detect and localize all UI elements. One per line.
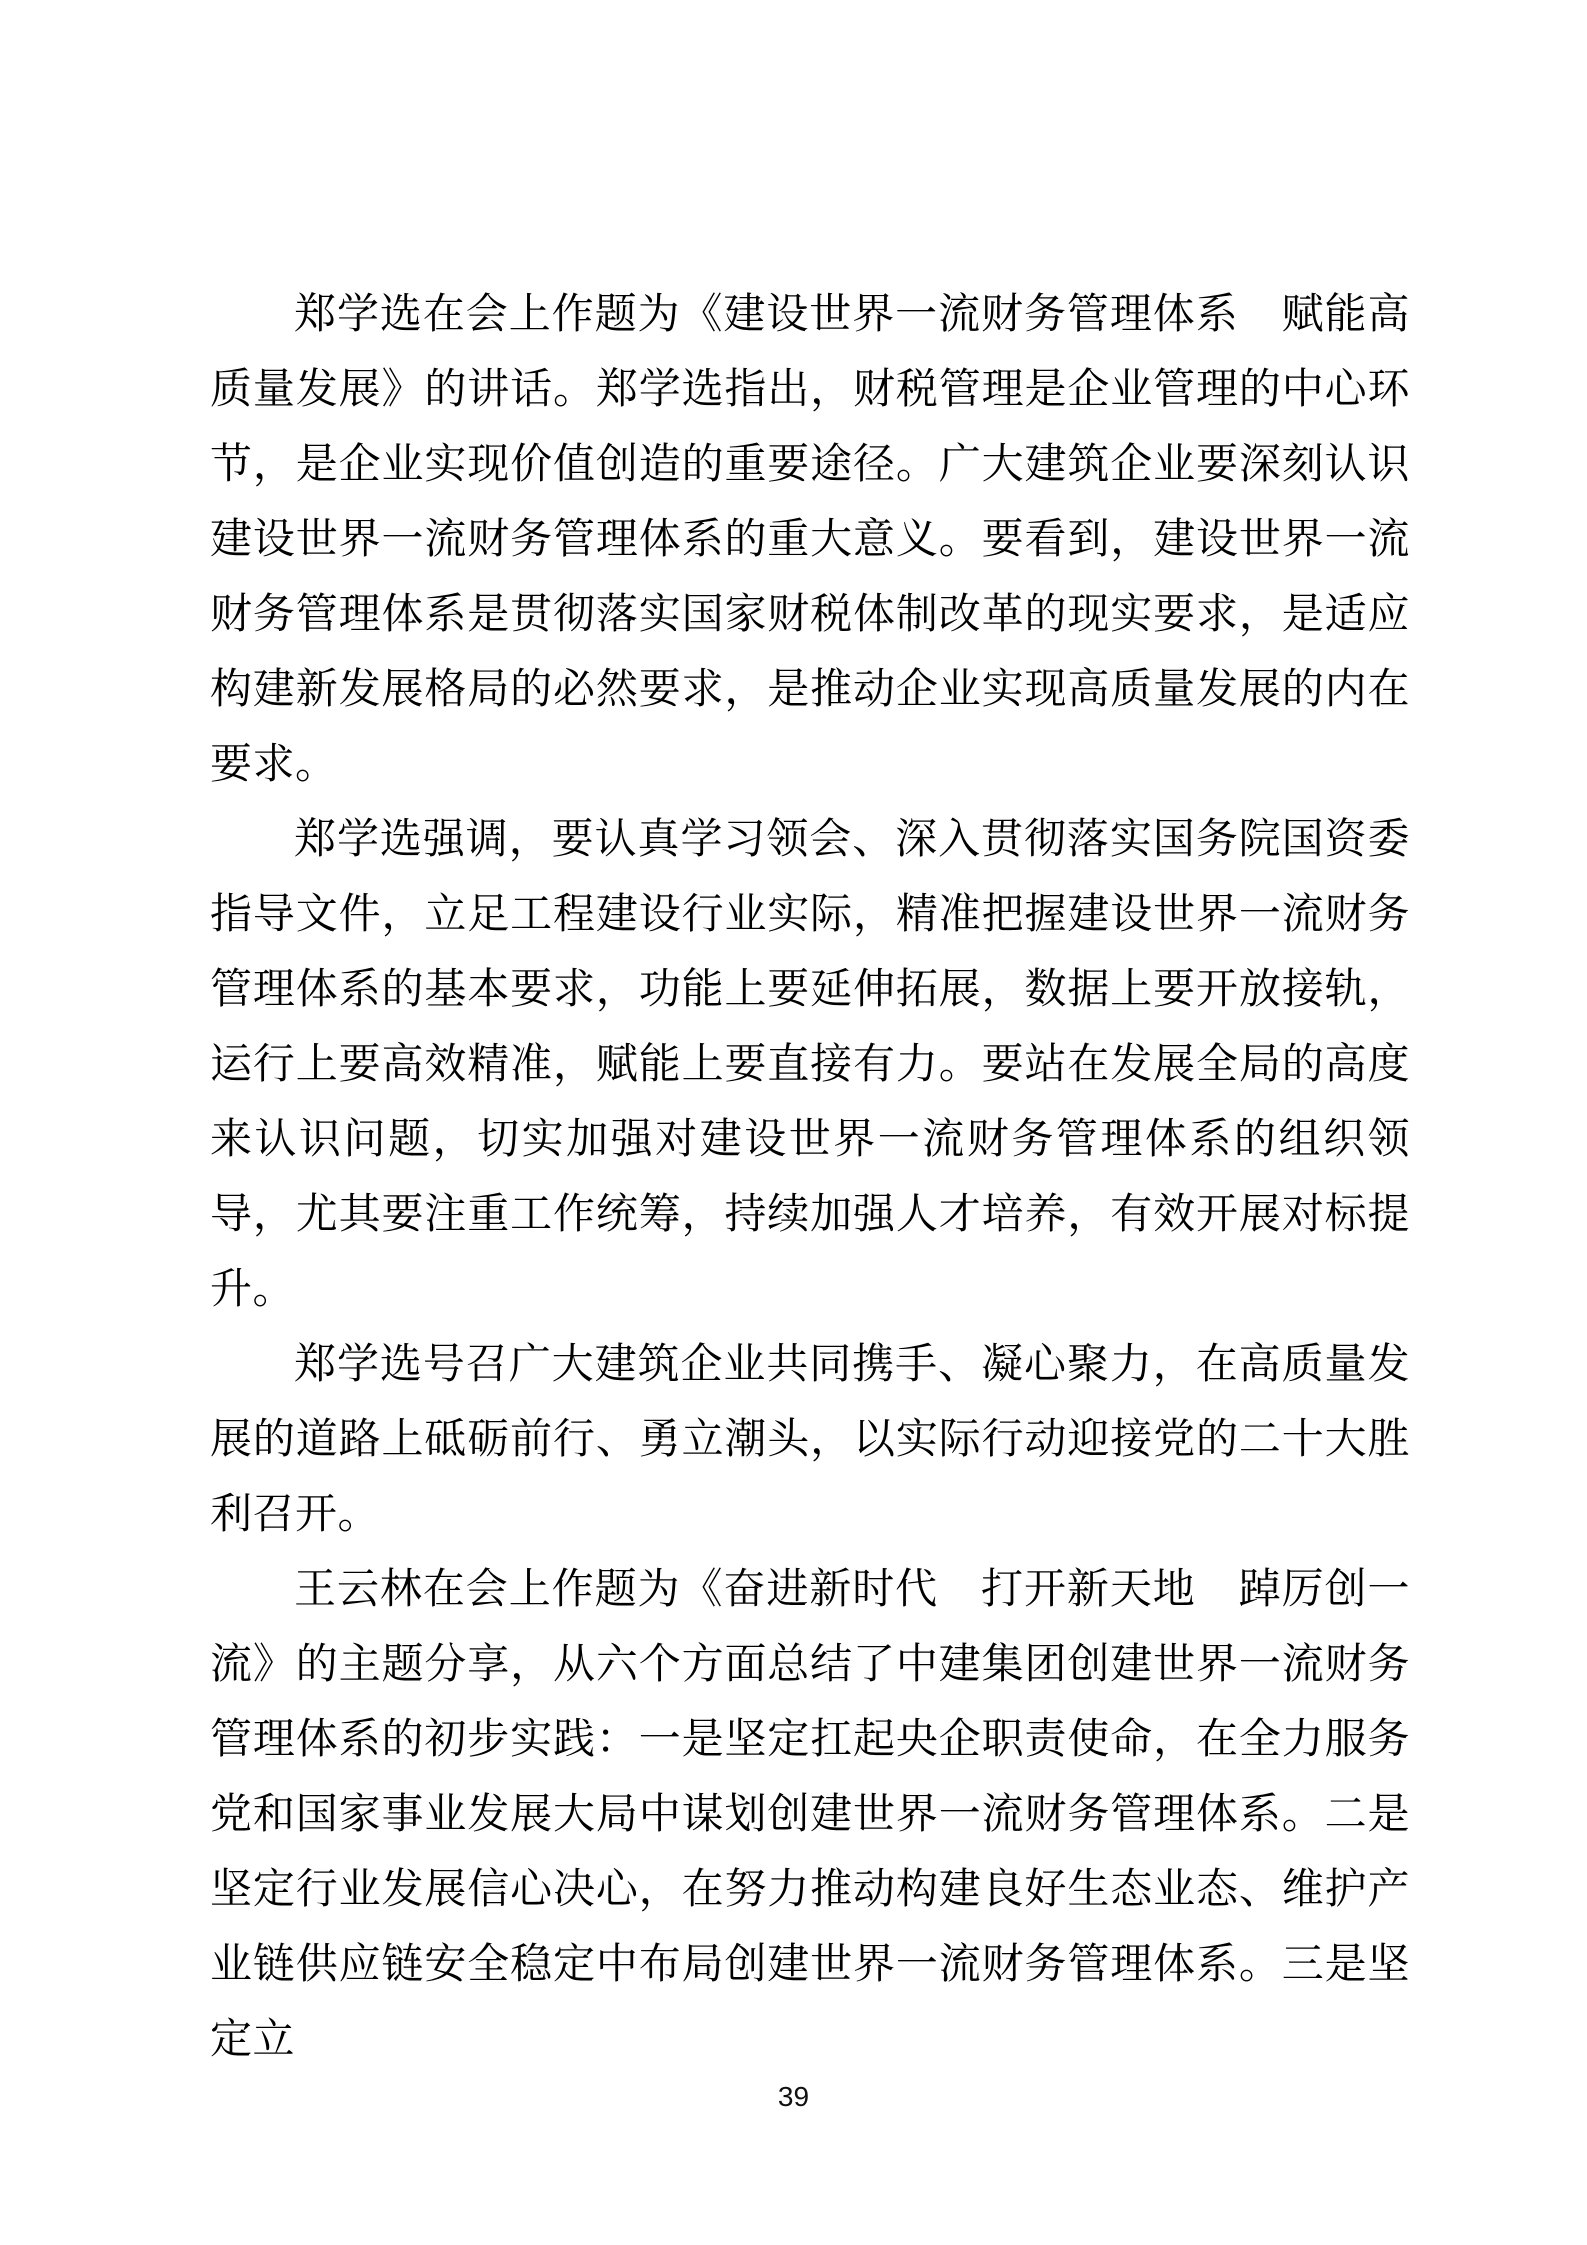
paragraph-2: 郑学选强调，要认真学习领会、深入贯彻落实国务院国资委指导文件，立足工程建设行业实…	[210, 803, 1410, 1328]
page-number: 39	[778, 2081, 809, 2112]
paragraph-4: 王云林在会上作题为《奋进新时代 打开新天地 踔厉创一流》的主题分享，从六个方面总…	[210, 1553, 1410, 2078]
paragraph-1: 郑学选在会上作题为《建设世界一流财务管理体系 赋能高质量发展》的讲话。郑学选指出…	[210, 278, 1410, 803]
paragraph-3: 郑学选号召广大建筑企业共同携手、凝心聚力，在高质量发展的道路上砥砺前行、勇立潮头…	[210, 1328, 1410, 1553]
document-page: 郑学选在会上作题为《建设世界一流财务管理体系 赋能高质量发展》的讲话。郑学选指出…	[0, 0, 1587, 2245]
page-footer: 39	[0, 2082, 1587, 2112]
document-body: 郑学选在会上作题为《建设世界一流财务管理体系 赋能高质量发展》的讲话。郑学选指出…	[210, 278, 1410, 2078]
